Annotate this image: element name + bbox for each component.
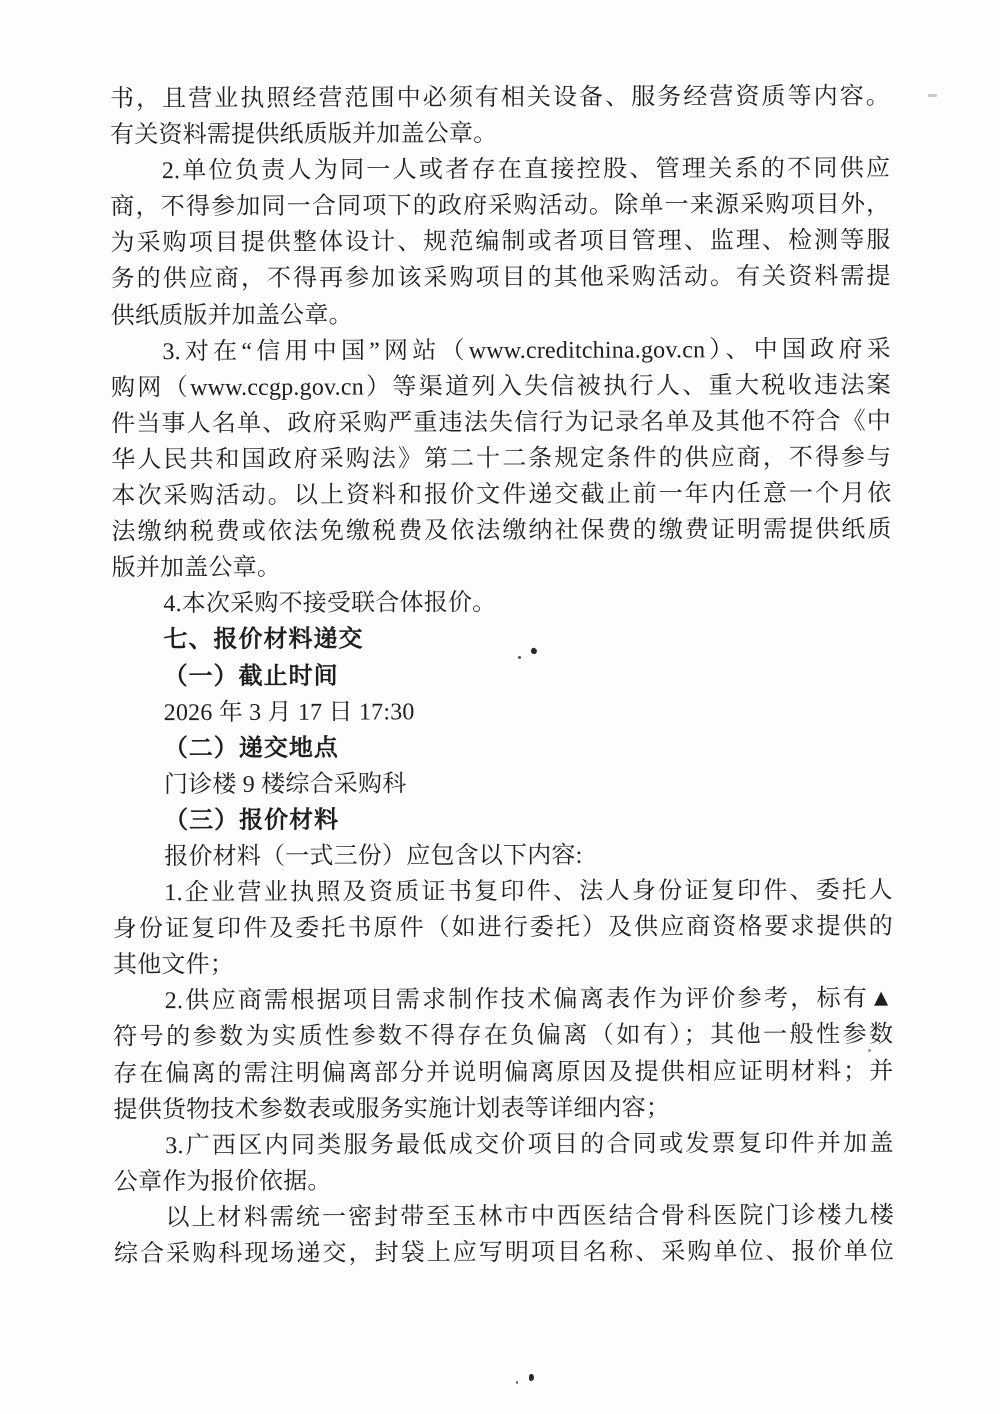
text-line-15: 4.本次采购不接受联合体报价。 bbox=[112, 584, 892, 623]
text-line-25: 其他文件； bbox=[113, 945, 893, 984]
text-line-32: 以上材料需统一密封带至玉林市中西医结合骨科医院门诊楼九楼 bbox=[114, 1198, 894, 1237]
text-line-1: 书，且营业执照经营范围中必须有相关设备、服务经营资质等内容。 bbox=[110, 79, 890, 118]
text-line-24: 身份证复印件及委托书原件（如进行委托）及供应商资格要求提供的 bbox=[113, 909, 893, 948]
text-line-27: 符号的参数为实质性参数不得存在负偏离（如有）；其他一般性参数 bbox=[113, 1017, 893, 1056]
text-line-29: 提供货物技术参数表或服务实施计划表等详细内容； bbox=[113, 1089, 893, 1128]
text-line-30: 3.广西区内同类服务最低成交价项目的合同或发票复印件并加盖 bbox=[114, 1125, 894, 1164]
text-line-23: 1.企业营业执照及资质证书复印件、法人身份证复印件、委托人 bbox=[113, 873, 893, 912]
text-line-10: 件当事人名单、政府采购严重违法失信行为记录名单及其他不符合《中 bbox=[111, 403, 891, 442]
text-line-33: 综合采购科现场递交，封袋上应写明项目名称、采购单位、报价单位 bbox=[114, 1234, 894, 1273]
scan-speck bbox=[516, 1381, 518, 1384]
text-line-7: 供纸质版并加盖公章。 bbox=[111, 295, 891, 334]
text-line-11: 华人民共和国政府采购法》第二十二条规定条件的供应商，不得参与 bbox=[111, 440, 891, 479]
document-body: 书，且营业执照经营范围中必须有相关设备、服务经营资质等内容。有关资料需提供纸质版… bbox=[110, 79, 894, 1273]
text-line-28: 存在偏离的需注明偏离部分并说明偏离原因及提供相应证明材料；并 bbox=[113, 1053, 893, 1092]
text-line-5: 为采购项目提供整体设计、规范编制或者项目管理、监理、检测等服 bbox=[110, 223, 890, 262]
scan-speck bbox=[518, 656, 521, 659]
text-line-26: 2.供应商需根据项目需求制作技术偏离表作为评价参考，标有▲ bbox=[113, 981, 893, 1020]
text-line-13: 法缴纳税费或依法免缴税费及依法缴纳社保费的缴费证明需提供纸质 bbox=[111, 512, 891, 551]
text-line-16: 七、报价材料递交 bbox=[112, 620, 892, 659]
text-line-6: 务的供应商，不得再参加该采购项目的其他采购活动。有关资料需提 bbox=[111, 259, 891, 298]
text-line-14: 版并加盖公章。 bbox=[112, 548, 892, 587]
text-line-22: 报价材料（一式三份）应包含以下内容: bbox=[113, 837, 893, 876]
scan-speck bbox=[868, 1049, 871, 1052]
scan-speck bbox=[706, 208, 709, 211]
text-line-2: 有关资料需提供纸质版并加盖公章。 bbox=[110, 115, 890, 154]
scanned-document-page: 书，且营业执照经营范围中必须有相关设备、服务经营资质等内容。有关资料需提供纸质版… bbox=[0, 0, 1000, 1414]
scan-speck bbox=[928, 94, 937, 97]
text-line-19: （二）递交地点 bbox=[112, 728, 892, 767]
text-line-31: 公章作为报价依据。 bbox=[114, 1161, 894, 1200]
text-line-12: 本次采购活动。以上资料和报价文件递交截止前一年内任意一个月依 bbox=[111, 476, 891, 515]
text-line-20: 门诊楼 9 楼综合采购科 bbox=[112, 764, 892, 803]
text-line-4: 商，不得参加同一合同项下的政府采购活动。除单一来源采购项目外， bbox=[110, 187, 890, 226]
text-line-3: 2.单位负责人为同一人或者存在直接控股、管理关系的不同供应 bbox=[110, 151, 890, 190]
text-line-21: （三）报价材料 bbox=[112, 801, 892, 840]
text-line-17: （一）截止时间 bbox=[112, 656, 892, 695]
scan-speck bbox=[529, 1374, 534, 1381]
text-line-9: 购网（www.ccgp.gov.cn）等渠道列入失信被执行人、重大税收违法案 bbox=[111, 367, 891, 406]
text-line-8: 3.对在“信用中国”网站（www.creditchina.gov.cn）、中国政… bbox=[111, 331, 891, 370]
text-line-18: 2026 年 3 月 17 日 17:30 bbox=[112, 692, 892, 731]
